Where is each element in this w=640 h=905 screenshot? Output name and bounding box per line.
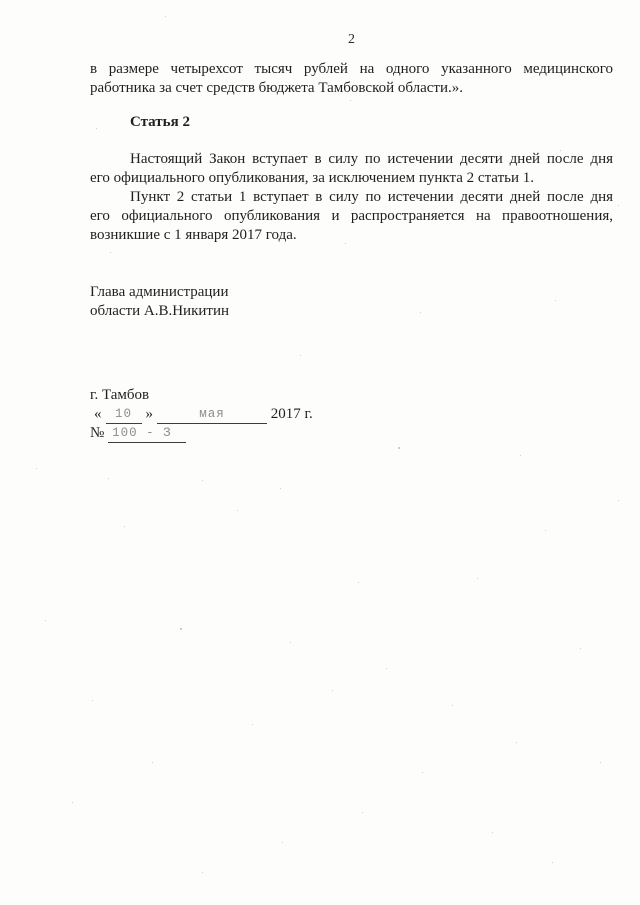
speck — [358, 582, 359, 583]
paragraph-line: его официального опубликования, за исклю… — [90, 169, 613, 188]
speck — [180, 628, 182, 630]
paragraph-line: возникшие с 1 января 2017 года. — [90, 226, 613, 245]
speck — [282, 842, 283, 843]
speck — [280, 488, 281, 489]
signature-block: Глава администрации области А.В.Никитин — [90, 283, 613, 321]
paragraph-line: Настоящий Закон вступает в силу по истеч… — [90, 150, 613, 169]
paragraph-line: Пункт 2 статьи 1 вступает в силу по исте… — [90, 188, 613, 207]
paragraph-line: в размере четырехсот тысяч рублей на одн… — [90, 60, 613, 79]
paragraph-entry-into-force: Настоящий Закон вступает в силу по истеч… — [90, 150, 613, 188]
signatory-title: Глава администрации — [90, 283, 613, 302]
speck — [237, 510, 238, 511]
scanned-document-page: 2 в размере четырехсот тысяч рублей на о… — [0, 0, 640, 905]
speck — [422, 772, 423, 773]
number-sign: № — [90, 425, 104, 441]
speck — [516, 742, 517, 743]
speck — [386, 668, 387, 669]
speck — [96, 128, 97, 129]
speck — [165, 16, 166, 17]
speck — [202, 480, 203, 481]
speck — [618, 500, 619, 501]
speck — [332, 690, 333, 691]
paragraph-line: его официального опубликования и распрос… — [90, 207, 613, 226]
speck — [202, 872, 203, 873]
speck — [552, 862, 553, 863]
place-date-block: г. Тамбов «10»мая 2017 г. № 100 - З — [90, 386, 613, 443]
speck — [72, 802, 73, 803]
close-guillemet: » — [146, 406, 154, 422]
date-day-fill: 10 — [106, 406, 142, 424]
speck — [345, 243, 346, 244]
speck — [92, 700, 93, 701]
speck — [45, 620, 46, 621]
speck — [124, 526, 125, 527]
date-year: 2017 г. — [271, 406, 313, 422]
page-number: 2 — [90, 30, 613, 49]
speck — [492, 832, 493, 833]
speck — [545, 530, 546, 531]
speck — [560, 150, 561, 151]
speck — [152, 762, 153, 763]
speck — [300, 355, 301, 356]
speck — [110, 252, 111, 253]
speck — [600, 762, 601, 763]
speck — [398, 447, 400, 449]
document-number-line: № 100 - З — [90, 424, 613, 443]
speck — [580, 648, 581, 649]
speck — [618, 205, 619, 206]
speck — [290, 642, 291, 643]
speck — [520, 455, 521, 456]
paragraph-line: работника за счет средств бюджета Тамбов… — [90, 79, 613, 98]
open-guillemet: « — [94, 406, 102, 422]
speck — [555, 300, 556, 301]
speck — [452, 705, 453, 706]
speck — [252, 724, 253, 725]
place-city: г. Тамбов — [90, 386, 613, 405]
speck — [420, 312, 421, 313]
paragraph-continuation: в размере четырехсот тысяч рублей на одн… — [90, 60, 613, 98]
signatory-name: области А.В.Никитин — [90, 302, 613, 321]
speck — [36, 468, 37, 469]
date-line: «10»мая 2017 г. — [90, 405, 613, 424]
speck — [477, 578, 478, 579]
article-2-heading: Статья 2 — [90, 113, 640, 132]
date-month-fill: мая — [157, 406, 267, 424]
paragraph-point-2: Пункт 2 статьи 1 вступает в силу по исте… — [90, 188, 613, 245]
speck — [108, 478, 109, 479]
document-number-fill: 100 - З — [108, 425, 186, 443]
speck — [362, 812, 363, 813]
speck — [350, 100, 351, 101]
